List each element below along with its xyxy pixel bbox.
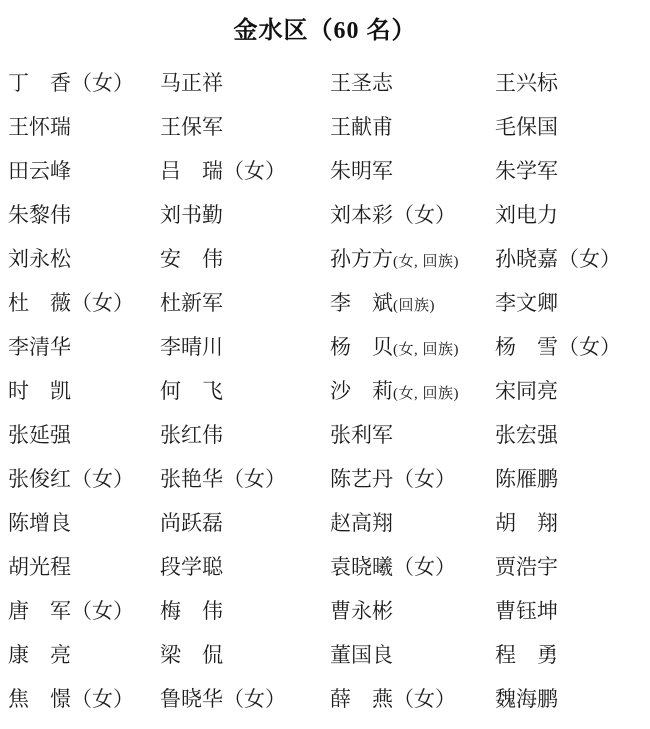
roster-cell: 尚跃磊 <box>160 507 330 537</box>
roster-cell: 曹钰坤 <box>495 595 650 625</box>
person-name: 陈艺丹（女） <box>330 467 456 491</box>
roster-cell: 张俊红（女） <box>8 463 160 493</box>
roster-cell: 赵高翔 <box>330 507 495 537</box>
person-name: 梁 侃 <box>160 643 223 667</box>
person-name: 鲁晓华（女） <box>160 687 286 711</box>
roster-cell: 孙晓嘉（女） <box>495 243 650 273</box>
roster-cell: 张延强 <box>8 419 160 449</box>
roster-cell: 鲁晓华（女） <box>160 683 330 713</box>
person-name: 杨 雪（女） <box>495 335 621 359</box>
person-name: 杜新军 <box>160 291 223 315</box>
person-name: 朱学军 <box>495 159 558 183</box>
roster-cell: 马正祥 <box>160 67 330 97</box>
person-name: 王怀瑞 <box>8 115 71 139</box>
roster-cell: 陈增良 <box>8 507 160 537</box>
roster-cell: 段学聪 <box>160 551 330 581</box>
person-name: 张俊红（女） <box>8 467 134 491</box>
roster-cell: 李 斌(回族) <box>330 287 495 317</box>
roster-cell: 田云峰 <box>8 155 160 185</box>
person-name: 张宏强 <box>495 423 558 447</box>
roster-cell: 王保军 <box>160 111 330 141</box>
roster-cell: 张红伟 <box>160 419 330 449</box>
person-name: 宋同亮 <box>495 379 558 403</box>
document-page: 金水区（60 名） 丁 香（女）马正祥王圣志王兴标王怀瑞王保军王献甫毛保国田云峰… <box>0 0 650 729</box>
person-name: 丁 香（女） <box>8 71 134 95</box>
person-name: 董国良 <box>330 643 393 667</box>
roster-cell: 陈艺丹（女） <box>330 463 495 493</box>
gender-ethnicity-note: (回族) <box>393 298 435 314</box>
person-name: 胡光程 <box>8 555 71 579</box>
roster-cell: 王献甫 <box>330 111 495 141</box>
person-name: 王兴标 <box>495 71 558 95</box>
person-name: 时 凯 <box>8 379 71 403</box>
roster-cell: 张艳华（女） <box>160 463 330 493</box>
person-name: 张利军 <box>330 423 393 447</box>
person-name: 胡 翔 <box>495 511 558 535</box>
gender-ethnicity-note: (女, 回族) <box>393 254 459 270</box>
roster-cell: 李晴川 <box>160 331 330 361</box>
person-name: 陈增良 <box>8 511 71 535</box>
roster-cell: 唐 军（女） <box>8 595 160 625</box>
person-name: 曹永彬 <box>330 599 393 623</box>
roster-cell: 刘书勤 <box>160 199 330 229</box>
roster-cell: 梁 侃 <box>160 639 330 669</box>
roster-cell: 刘本彩（女） <box>330 199 495 229</box>
person-name: 安 伟 <box>160 247 223 271</box>
roster-cell: 安 伟 <box>160 243 330 273</box>
person-name: 魏海鹏 <box>495 687 558 711</box>
person-name: 朱明军 <box>330 159 393 183</box>
person-name: 张红伟 <box>160 423 223 447</box>
roster-cell: 贾浩宇 <box>495 551 650 581</box>
person-name: 杜 薇（女） <box>8 291 134 315</box>
roster-cell: 康 亮 <box>8 639 160 669</box>
roster-cell: 孙方方(女, 回族) <box>330 243 495 273</box>
person-name: 贾浩宇 <box>495 555 558 579</box>
gender-ethnicity-note: (女, 回族) <box>393 386 459 402</box>
roster-cell: 程 勇 <box>495 639 650 669</box>
person-name: 尚跃磊 <box>160 511 223 535</box>
page-title: 金水区（60 名） <box>0 14 650 48</box>
person-name: 李文卿 <box>495 291 558 315</box>
person-name: 何 飞 <box>160 379 223 403</box>
person-name: 梅 伟 <box>160 599 223 623</box>
person-name: 朱黎伟 <box>8 203 71 227</box>
roster-cell: 朱学军 <box>495 155 650 185</box>
roster-cell: 张宏强 <box>495 419 650 449</box>
roster-cell: 王兴标 <box>495 67 650 97</box>
person-name: 段学聪 <box>160 555 223 579</box>
roster-cell: 杨 贝(女, 回族) <box>330 331 495 361</box>
person-name: 康 亮 <box>8 643 71 667</box>
person-name: 马正祥 <box>160 71 223 95</box>
person-name: 刘本彩（女） <box>330 203 456 227</box>
roster-cell: 刘电力 <box>495 199 650 229</box>
person-name: 王献甫 <box>330 115 393 139</box>
roster-cell: 时 凯 <box>8 375 160 405</box>
person-name: 陈雁鹏 <box>495 467 558 491</box>
roster-cell: 曹永彬 <box>330 595 495 625</box>
roster-cell: 胡 翔 <box>495 507 650 537</box>
person-name: 赵高翔 <box>330 511 393 535</box>
person-name: 吕 瑞（女） <box>160 159 286 183</box>
roster-cell: 毛保国 <box>495 111 650 141</box>
person-name: 孙晓嘉（女） <box>495 247 621 271</box>
roster-cell: 吕 瑞（女） <box>160 155 330 185</box>
roster-cell: 焦 憬（女） <box>8 683 160 713</box>
person-name: 程 勇 <box>495 643 558 667</box>
gender-ethnicity-note: (女, 回族) <box>393 342 459 358</box>
roster-cell: 魏海鹏 <box>495 683 650 713</box>
person-name: 田云峰 <box>8 159 71 183</box>
roster-cell: 王怀瑞 <box>8 111 160 141</box>
roster-cell: 薛 燕（女） <box>330 683 495 713</box>
roster-cell: 杜 薇（女） <box>8 287 160 317</box>
roster-cell: 丁 香（女） <box>8 67 160 97</box>
roster-cell: 何 飞 <box>160 375 330 405</box>
person-name: 袁晓曦（女） <box>330 555 456 579</box>
roster-cell: 朱黎伟 <box>8 199 160 229</box>
person-name: 刘永松 <box>8 247 71 271</box>
roster-cell: 陈雁鹏 <box>495 463 650 493</box>
roster-cell: 王圣志 <box>330 67 495 97</box>
roster-cell: 杨 雪（女） <box>495 331 650 361</box>
roster-cell: 梅 伟 <box>160 595 330 625</box>
person-name: 王保军 <box>160 115 223 139</box>
roster-cell: 沙 莉(女, 回族) <box>330 375 495 405</box>
person-name: 毛保国 <box>495 115 558 139</box>
person-name: 薛 燕（女） <box>330 687 456 711</box>
roster-cell: 李清华 <box>8 331 160 361</box>
roster-cell: 董国良 <box>330 639 495 669</box>
person-name: 焦 憬（女） <box>8 687 134 711</box>
roster-cell: 李文卿 <box>495 287 650 317</box>
person-name: 李清华 <box>8 335 71 359</box>
roster-cell: 袁晓曦（女） <box>330 551 495 581</box>
roster-cell: 杜新军 <box>160 287 330 317</box>
person-name: 杨 贝 <box>330 335 393 359</box>
person-name: 曹钰坤 <box>495 599 558 623</box>
person-name: 唐 军（女） <box>8 599 134 623</box>
person-name: 张艳华（女） <box>160 467 286 491</box>
person-name: 孙方方 <box>330 247 393 271</box>
person-name: 张延强 <box>8 423 71 447</box>
person-name: 沙 莉 <box>330 379 393 403</box>
name-roster: 丁 香（女）马正祥王圣志王兴标王怀瑞王保军王献甫毛保国田云峰吕 瑞（女）朱明军朱… <box>8 60 650 720</box>
roster-cell: 张利军 <box>330 419 495 449</box>
roster-cell: 胡光程 <box>8 551 160 581</box>
person-name: 王圣志 <box>330 71 393 95</box>
person-name: 李 斌 <box>330 291 393 315</box>
person-name: 李晴川 <box>160 335 223 359</box>
roster-cell: 刘永松 <box>8 243 160 273</box>
person-name: 刘书勤 <box>160 203 223 227</box>
person-name: 刘电力 <box>495 203 558 227</box>
roster-cell: 宋同亮 <box>495 375 650 405</box>
roster-cell: 朱明军 <box>330 155 495 185</box>
